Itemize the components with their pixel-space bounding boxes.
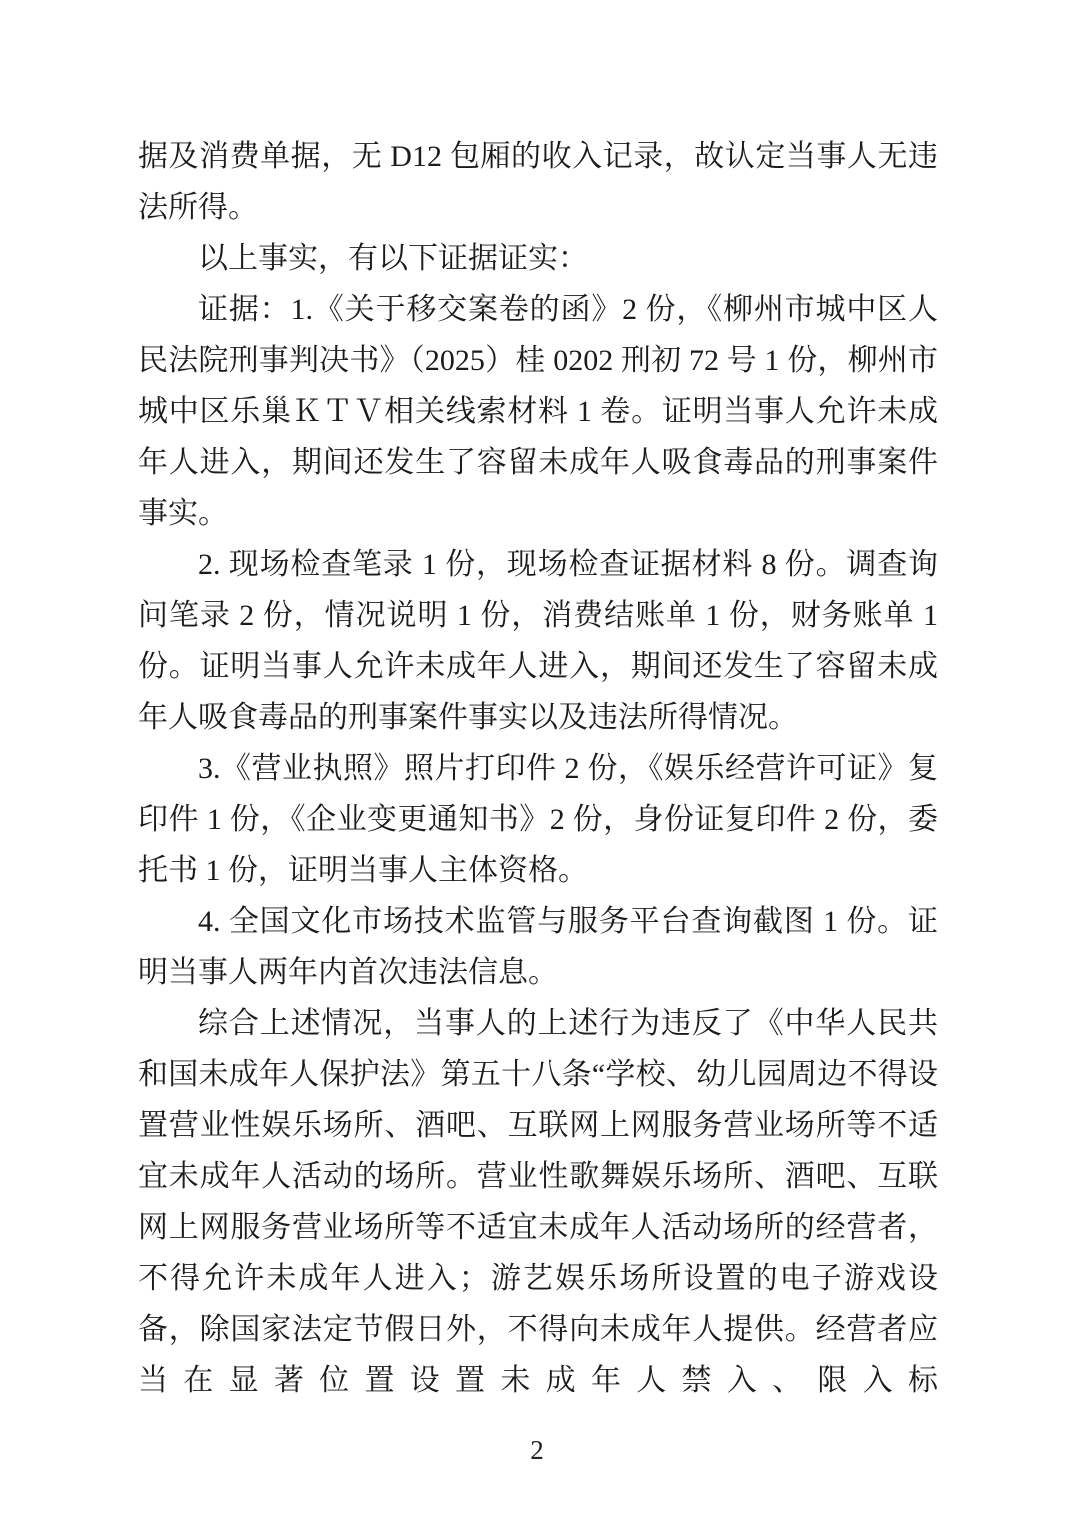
paragraph-evidence-2: 2. 现场检查笔录 1 份，现场检查证据材料 8 份。调查询问笔录 2 份，情况… xyxy=(138,539,938,743)
paragraph-evidence-3: 3.《营业执照》照片打印件 2 份，《娱乐经营许可证》复印件 1 份，《企业变更… xyxy=(138,743,938,896)
paragraph-evidence-1: 证据：1.《关于移交案卷的函》2 份，《柳州市城中区人民法院刑事判决书》（202… xyxy=(138,284,938,539)
paragraph-continuation: 据及消费单据，无 D12 包厢的收入记录，故认定当事人无违法所得。 xyxy=(138,131,938,233)
paragraph-facts-intro: 以上事实，有以下证据证实： xyxy=(138,233,938,284)
document-body: 据及消费单据，无 D12 包厢的收入记录，故认定当事人无违法所得。 以上事实，有… xyxy=(0,0,1074,1406)
document-page: 据及消费单据，无 D12 包厢的收入记录，故认定当事人无违法所得。 以上事实，有… xyxy=(0,0,1074,1520)
paragraph-legal-basis: 综合上述情况，当事人的上述行为违反了《中华人民共和国未成年人保护法》第五十八条“… xyxy=(138,998,938,1406)
paragraph-evidence-4: 4. 全国文化市场技术监管与服务平台查询截图 1 份。证明当事人两年内首次违法信… xyxy=(138,896,938,998)
page-number: 2 xyxy=(0,1434,1074,1466)
